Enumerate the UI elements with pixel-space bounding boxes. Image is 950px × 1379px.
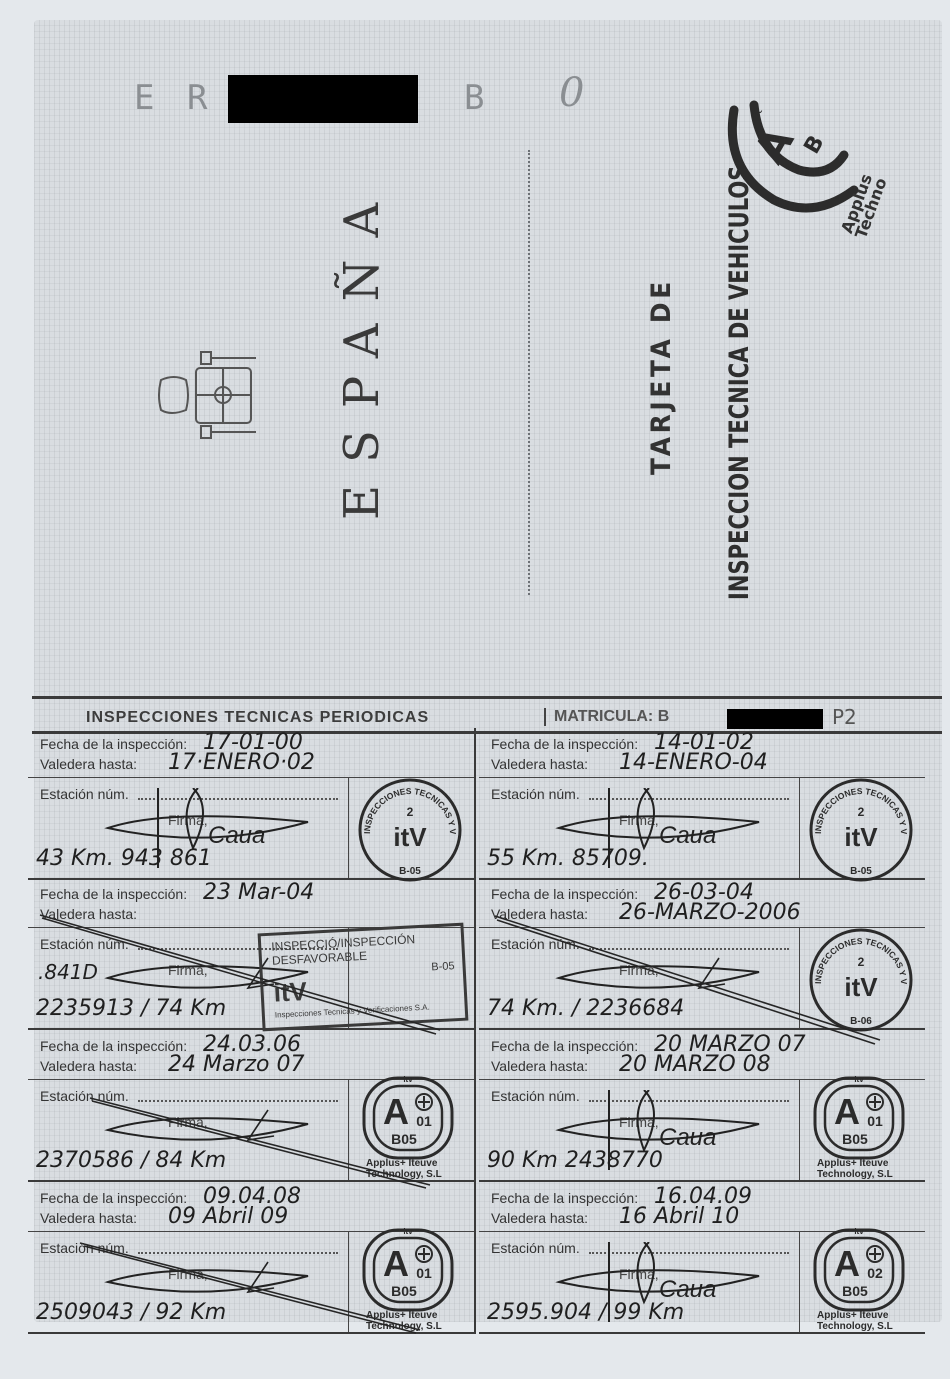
svg-text:itV: itV bbox=[844, 972, 878, 1002]
svg-text:B05: B05 bbox=[391, 1131, 417, 1147]
svg-text:Caua: Caua bbox=[659, 1124, 716, 1151]
svg-text:A: A bbox=[834, 1243, 860, 1284]
stamp-column bbox=[799, 777, 800, 878]
mileage-note: 2595.904 / 99 Km bbox=[487, 1300, 684, 1325]
mileage-note: 2235913 / 74 Km bbox=[36, 996, 226, 1021]
pen-mark: 0 bbox=[559, 70, 584, 116]
applus-itv-seal-icon: itv A 01 B05 bbox=[358, 1224, 458, 1320]
mileage-note: 55 Km. 85709. bbox=[487, 846, 649, 871]
valid-until: 24 Marzo 07 bbox=[168, 1052, 305, 1077]
applus-company: Applus+ Iteuve Technology, S.L bbox=[366, 1310, 466, 1332]
svg-text:itV: itV bbox=[844, 822, 878, 852]
iteuve-seal-icon: INSPECCIONES TECNICAS Y VERIFICACIONES, … bbox=[807, 776, 915, 884]
unfavorable-stamp: INSPECCIÓ/INSPECCIÓN DESFAVORABLE itV B-… bbox=[258, 923, 469, 1032]
stamp-column bbox=[799, 1079, 800, 1180]
matricula-label: MATRICULA: B bbox=[544, 708, 669, 726]
svg-text:A: A bbox=[834, 1091, 860, 1132]
inspection-entry: Fecha de la inspección: 17-01-00 Valeder… bbox=[28, 728, 476, 880]
svg-text:2: 2 bbox=[858, 805, 865, 819]
svg-text:B-06: B-06 bbox=[850, 1016, 872, 1027]
redacted-registration bbox=[228, 75, 418, 123]
coat-of-arms-icon bbox=[156, 350, 266, 440]
stamp-column bbox=[799, 927, 800, 1028]
fecha-label: Fecha de la inspección: bbox=[40, 886, 187, 902]
inspection-entry: Fecha de la inspección: 14-01-02 Valeder… bbox=[479, 728, 925, 880]
mileage-note: 2509043 / 92 Km bbox=[36, 1300, 226, 1325]
applus-company: Applus+ Iteuve Technology, S.L bbox=[817, 1158, 917, 1180]
inspection-entry: Fecha de la inspección: 16.04.09 Valeder… bbox=[479, 1182, 925, 1334]
mileage-note: 43 Km. 943 861 bbox=[36, 846, 212, 871]
svg-text:01: 01 bbox=[867, 1113, 883, 1129]
applus-itv-seal-icon: itv A 01 B05 bbox=[358, 1072, 458, 1168]
svg-text:itv: itv bbox=[403, 1227, 413, 1236]
svg-text:itv: itv bbox=[854, 1075, 864, 1084]
valedera-label: Valedera hasta: bbox=[40, 756, 137, 772]
svg-text:itV: itV bbox=[393, 822, 427, 852]
valedera-label: Valedera hasta: bbox=[491, 1058, 588, 1074]
svg-text:01: 01 bbox=[416, 1265, 432, 1281]
inspection-card: E R B 0 ESPAÑA TARJETA DE INSPECCION TEC… bbox=[34, 20, 942, 1322]
svg-text:Caua: Caua bbox=[659, 822, 716, 849]
applus-company: Applus+ Iteuve Technology, S.L bbox=[366, 1158, 466, 1180]
iteuve-seal-icon: INSPECCIONES TECNICAS Y VERIFICACIONES, … bbox=[807, 926, 915, 1034]
svg-text:Caua: Caua bbox=[208, 822, 265, 849]
inspection-entry: Fecha de la inspección: 26-03-04 Valeder… bbox=[479, 878, 925, 1030]
valid-until: 16 Abril 10 bbox=[619, 1204, 739, 1229]
svg-text:B05: B05 bbox=[842, 1131, 868, 1147]
valid-until: 09 Abril 09 bbox=[168, 1204, 288, 1229]
svg-text:B05: B05 bbox=[842, 1283, 868, 1299]
fecha-label: Fecha de la inspección: bbox=[491, 1190, 638, 1206]
mileage-note: 90 Km 2438770 bbox=[487, 1148, 663, 1173]
valid-until: 17·ENERO·02 bbox=[168, 750, 315, 775]
valedera-label: Valedera hasta: bbox=[491, 756, 588, 772]
valedera-label: Valedera hasta: bbox=[491, 1210, 588, 1226]
fecha-label: Fecha de la inspección: bbox=[491, 736, 638, 752]
fecha-label: Fecha de la inspección: bbox=[491, 1038, 638, 1054]
perforated-registration-prefix: E R bbox=[134, 78, 213, 118]
iteuve-seal-icon: INSPECCIONES TECNICAS Y VERIFICACIONES, … bbox=[356, 776, 464, 884]
stamp-column bbox=[348, 1079, 349, 1180]
svg-text:2: 2 bbox=[858, 955, 865, 969]
valedera-label: Valedera hasta: bbox=[40, 1210, 137, 1226]
fecha-label: Fecha de la inspección: bbox=[40, 1190, 187, 1206]
valedera-label: Valedera hasta: bbox=[40, 906, 137, 922]
svg-text:B: B bbox=[800, 131, 830, 158]
mileage-note: 74 Km. / 2236684 bbox=[487, 996, 684, 1021]
svg-text:itv: itv bbox=[403, 1075, 413, 1084]
redacted-matricula bbox=[727, 709, 823, 729]
country-name: ESPAÑA bbox=[334, 181, 390, 520]
stamp-column bbox=[799, 1231, 800, 1332]
stamp-column bbox=[348, 777, 349, 878]
inspection-entry: Fecha de la inspección: 24.03.06 Valeder… bbox=[28, 1030, 476, 1182]
cover-title-line1: TARJETA DE bbox=[646, 278, 677, 475]
matricula-suffix: P2 bbox=[832, 705, 857, 729]
applus-itv-seal-icon: itv A 01 B05 bbox=[809, 1072, 909, 1168]
inspection-entry: Fecha de la inspección: 20 MARZO 07 Vale… bbox=[479, 1030, 925, 1182]
valedera-label: Valedera hasta: bbox=[491, 906, 588, 922]
fecha-label: Fecha de la inspección: bbox=[40, 1038, 187, 1054]
svg-text:itv: itv bbox=[854, 1227, 864, 1236]
dotted-divider bbox=[528, 150, 530, 595]
inspection-entry: Fecha de la inspección: 23 Mar-04 Valede… bbox=[28, 878, 476, 1030]
valid-until: 26-MARZO-2006 bbox=[619, 900, 801, 925]
svg-text:A: A bbox=[383, 1243, 409, 1284]
matricula-prefix: B bbox=[658, 708, 670, 725]
matricula-label-text: MATRICULA: bbox=[554, 708, 653, 725]
svg-text:Caua: Caua bbox=[659, 1276, 716, 1303]
stamp-column bbox=[348, 1231, 349, 1332]
fecha-label: Fecha de la inspección: bbox=[491, 886, 638, 902]
perforated-registration-suffix: B bbox=[464, 78, 484, 118]
applus-itv-seal-icon: itv A 02 B05 bbox=[809, 1224, 909, 1320]
valedera-label: Valedera hasta: bbox=[40, 1058, 137, 1074]
svg-text:B-05: B-05 bbox=[399, 866, 421, 877]
inspection-date: 23 Mar-04 bbox=[203, 880, 314, 905]
card-cover: E R B 0 ESPAÑA TARJETA DE INSPECCION TEC… bbox=[34, 20, 942, 696]
svg-text:2: 2 bbox=[407, 805, 414, 819]
fecha-label: Fecha de la inspección: bbox=[40, 736, 187, 752]
valid-until: 20 MARZO 08 bbox=[619, 1052, 771, 1077]
svg-text:A: A bbox=[383, 1091, 409, 1132]
applus-company: Applus+ Iteuve Technology, S.L bbox=[817, 1310, 917, 1332]
inspection-entry: Fecha de la inspección: 09.04.08 Valeder… bbox=[28, 1182, 476, 1334]
svg-text:B05: B05 bbox=[391, 1283, 417, 1299]
mileage-note: 2370586 / 84 Km bbox=[36, 1148, 226, 1173]
inspections-title: INSPECCIONES TECNICAS PERIODICAS bbox=[86, 709, 429, 727]
svg-text:B-05: B-05 bbox=[850, 866, 872, 877]
valid-until: 14-ENERO-04 bbox=[619, 750, 768, 775]
svg-text:02: 02 bbox=[867, 1265, 883, 1281]
svg-text:01: 01 bbox=[416, 1113, 432, 1129]
